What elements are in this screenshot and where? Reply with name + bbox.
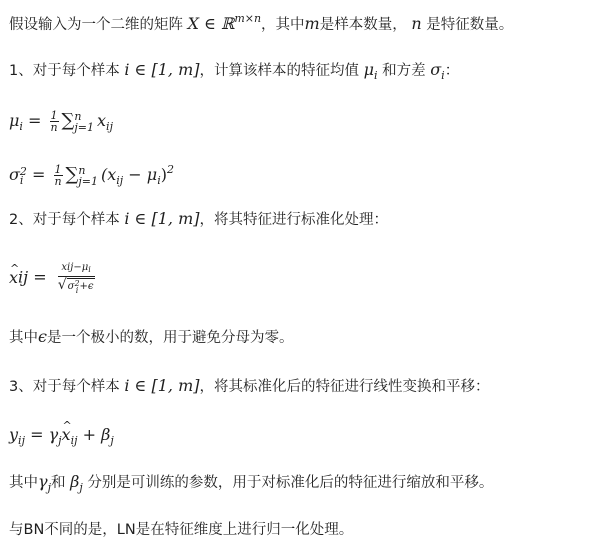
mu-symbol: μ [364,60,374,79]
sum-icon: ∑ [62,110,75,131]
xhat-symbol: x [9,268,18,288]
sum-icon: ∑ [66,164,79,185]
step2-label: 2、对于每个样本 [9,212,124,228]
intro-paragraph: 假设输入为一个二维的矩阵 X ∈ ℝm×n，其中m是样本数量， n 是特征数量。 [9,9,513,35]
sum-lower: j=1 [78,176,98,187]
mean-lhs: μ [9,111,19,130]
document: 假设输入为一个二维的矩阵 X ∈ ℝm×n，其中m是样本数量， n 是特征数量。… [0,0,597,552]
matrix-dim: m×n [234,12,261,25]
equals: = [27,165,51,184]
equals: = [28,268,52,287]
term-sup: 2 [167,163,174,176]
xhat-symbol: x [62,425,71,445]
plus: + [78,425,102,444]
n-symbol: n [411,14,421,33]
xhat-rest: ij [18,268,28,287]
sqrt-icon: √ [58,277,67,293]
params-and: 和 [51,475,70,491]
intro-text: 假设输入为一个二维的矩阵 [9,17,188,33]
y-sub: ij [18,434,25,447]
step3-range: i ∈ [1, m] [124,376,199,395]
intro-text-3: 是样本数量， [320,17,412,33]
step1-colon: ： [445,63,460,79]
step1-label: 1、对于每个样本 [9,63,124,79]
y-symbol: y [9,425,18,444]
beta-symbol: β [70,472,79,491]
term-open: (x [101,165,116,184]
conclusion-text: 与BN不同的是，LN是在特征维度上进行归一化处理。 [9,522,353,538]
beta-sub: j [110,434,113,447]
norm-den: √σ2i+ϵ [58,277,95,295]
step3-text: ，将其标准化后的特征进行线性变换和平移： [199,379,489,395]
term-minus: − μ [123,165,157,184]
equals: = [23,111,47,130]
matrix-definition: X ∈ ℝ [188,14,235,33]
params-before: 其中 [9,475,38,491]
sum-lower: j=1 [74,122,94,133]
formula-variance: σ2i = 1n∑nj=1(xij − μi)2 [9,160,174,191]
step3-paragraph: 3、对于每个样本 i ∈ [1, m]，将其标准化后的特征进行线性变换和平移： [9,376,489,397]
term-sub: ij [106,120,113,133]
fraction: 1n [54,164,63,188]
step2-paragraph: 2、对于每个样本 i ∈ [1, m]，将其特征进行标准化处理： [9,209,388,230]
epsilon-symbol: ϵ [38,327,47,346]
eps-before: 其中 [9,330,38,346]
conclusion: 与BN不同的是，LN是在特征维度上进行归一化处理。 [9,520,353,540]
formula-mean: μi = 1n∑nj=1xij [9,110,113,137]
sum-limits: nj=1 [74,111,94,133]
term: x [97,111,106,130]
intro-text-4: 是特征数量。 [422,17,514,33]
formula-affine: yij = γjxij + βj [9,425,114,451]
frac-den: n [54,176,63,188]
norm-num: xij−μi [58,262,95,277]
eps-after: 是一个极小的数，用于避免分母为零。 [47,330,294,346]
step3-label: 3、对于每个样本 [9,379,124,395]
params-after: 分别是可训练的参数，用于对标准化后的特征进行缩放和平移。 [83,475,494,491]
params-note: 其中γj和 βj 分别是可训练的参数，用于对标准化后的特征进行缩放和平移。 [9,472,493,498]
step2-text: ，将其特征进行标准化处理： [199,212,388,228]
gamma-symbol: γ [49,425,59,444]
intro-text-2: ，其中 [261,17,305,33]
sqrt-body: σ2i+ϵ [67,278,95,295]
den-rest: +ϵ [80,281,94,292]
step1-range: i ∈ [1, m] [124,60,199,79]
var-lhs: σ [9,165,20,184]
step1-and: 和方差 [378,63,431,79]
epsilon-note: 其中ϵ是一个极小的数，用于避免分母为零。 [9,327,293,348]
m-symbol: m [305,14,320,33]
gamma-symbol: γ [38,472,48,491]
norm-num-text: xij−μ [61,262,88,273]
norm-num-sub: i [88,265,91,274]
step1-paragraph: 1、对于每个样本 i ∈ [1, m]，计算该样本的特征均值 μi 和方差 σi… [9,60,459,86]
frac-den: n [50,122,59,134]
var-lhs-scripts: 2i [20,167,27,185]
normalize-fraction: xij−μi√σ2i+ϵ [58,262,95,295]
equals: = [25,425,49,444]
beta-symbol: β [101,425,110,444]
step1-text: ，计算该样本的特征均值 [199,63,363,79]
sigma-symbol: σ [430,60,441,79]
step2-range: i ∈ [1, m] [124,209,199,228]
fraction: 1n [50,110,59,134]
formula-normalize: xij = xij−μi√σ2i+ϵ [9,262,95,295]
sum-limits: nj=1 [78,165,98,187]
